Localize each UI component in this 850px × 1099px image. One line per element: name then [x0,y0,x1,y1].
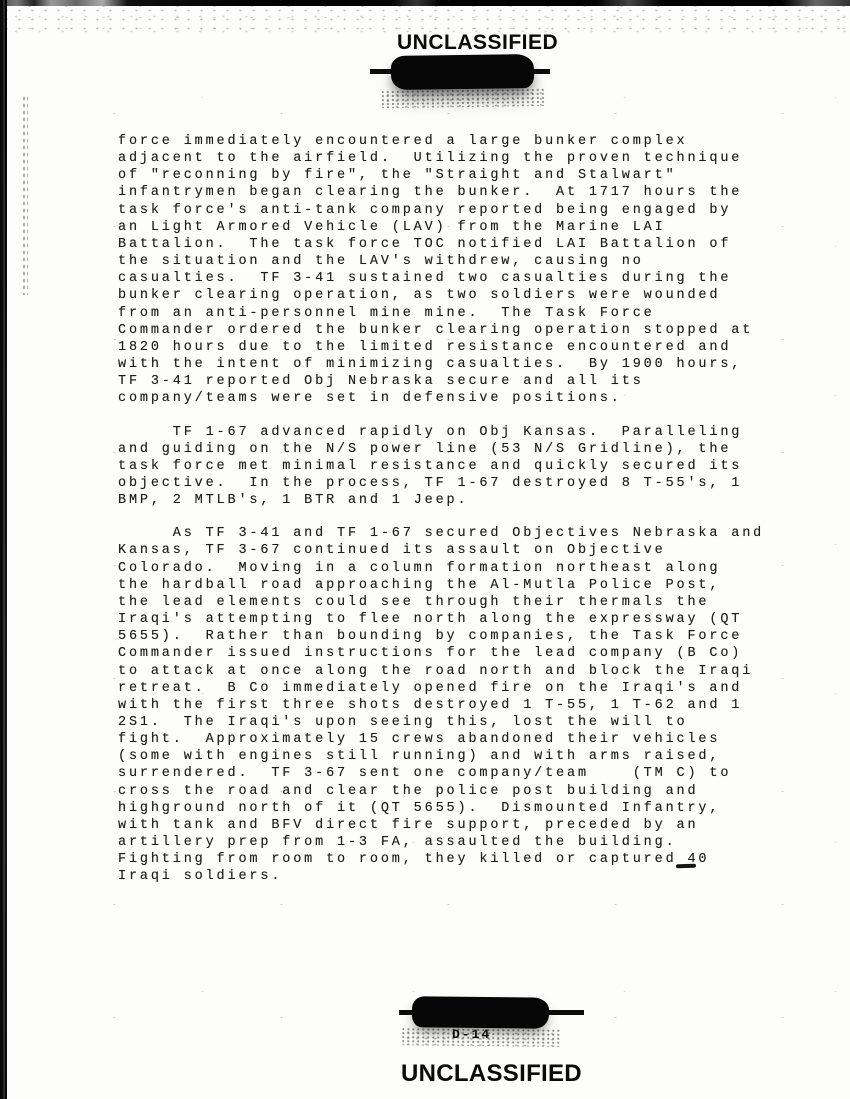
body-paragraph-3: As TF 3-41 and TF 1-67 secured Objective… [118,525,808,885]
body-paragraph-2: TF 1-67 advanced rapidly on Obj Kansas. … [118,424,808,510]
classification-footer: UNCLASSIFIED [401,1060,582,1088]
scanned-document-page: UNCLASSIFIED force immediately encounter… [0,0,850,1099]
scan-artifact-left-speckle [22,95,28,295]
redaction-bar-top [391,54,534,90]
page-number: D-14 [452,1027,491,1042]
body-paragraph-1: force immediately encountered a large bu… [118,133,808,408]
redaction-bar-bottom [412,996,549,1028]
stray-pen-mark [676,864,696,869]
scan-artifact-left-edge [0,0,7,1099]
document-body: force immediately encountered a large bu… [118,133,808,902]
classification-header: UNCLASSIFIED [397,31,558,55]
